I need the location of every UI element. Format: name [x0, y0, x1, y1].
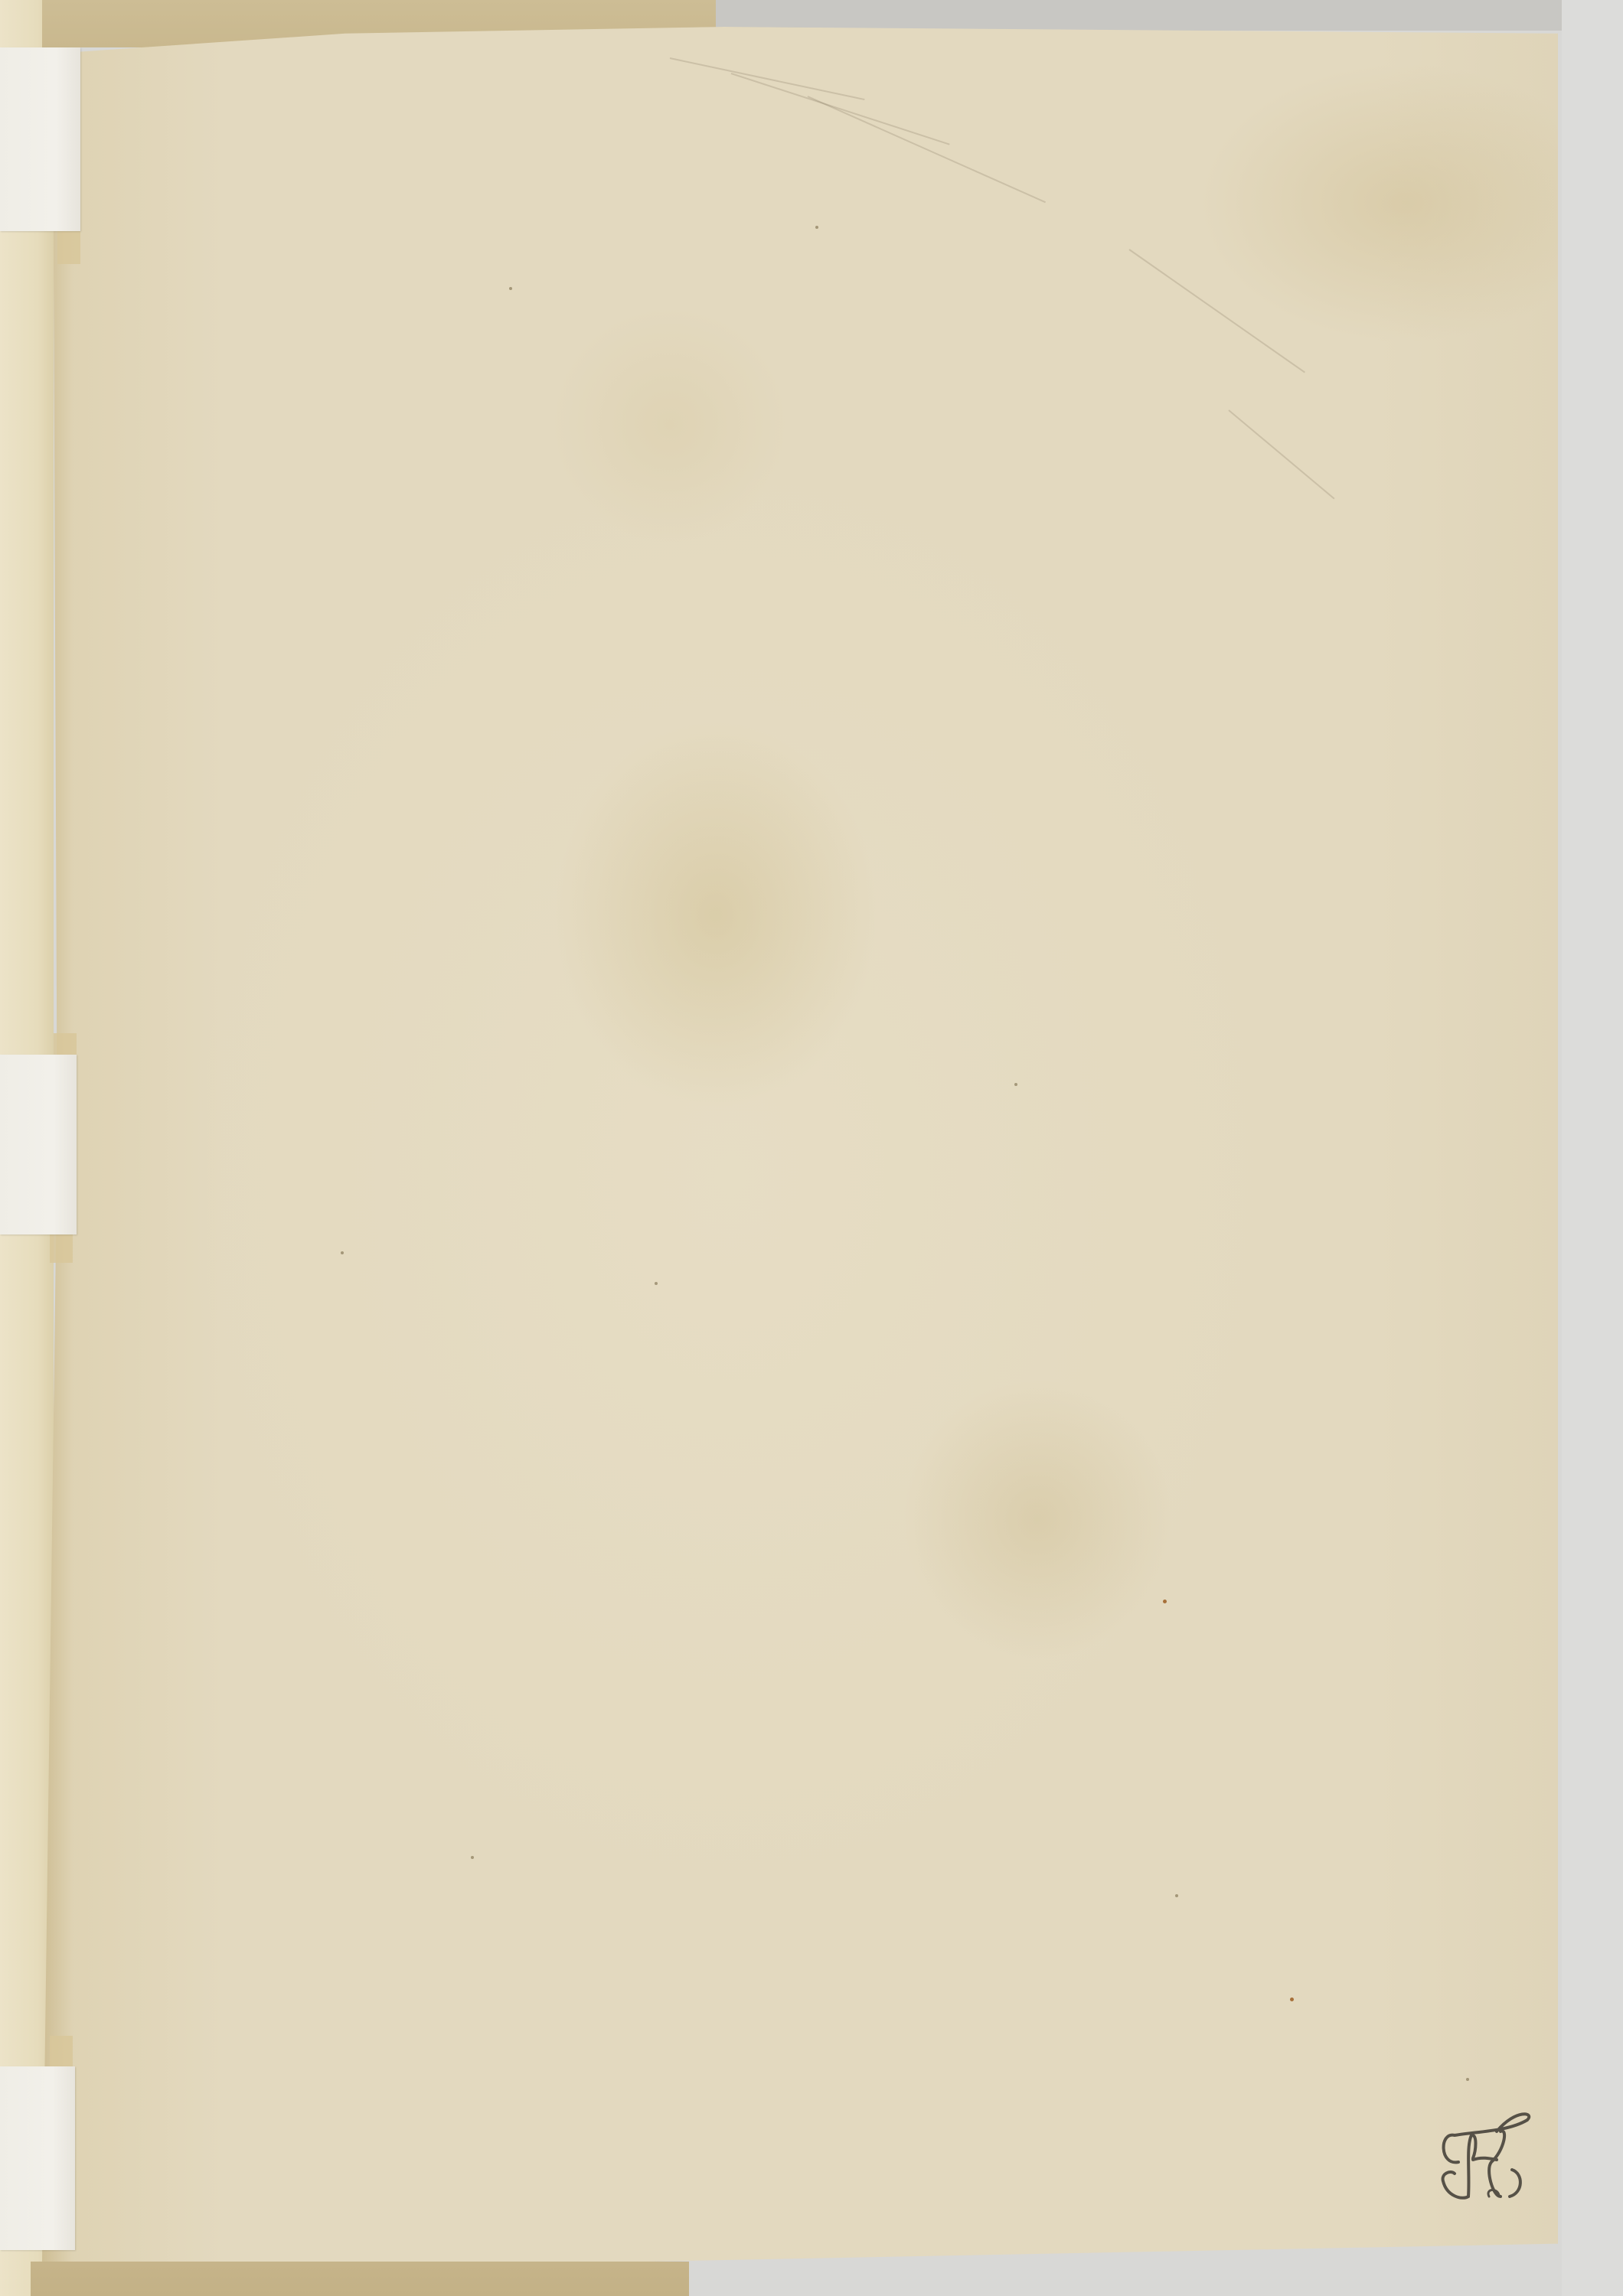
tape-residue-middle-lower	[50, 1232, 73, 1263]
backing-sheet-bottom	[31, 2262, 689, 2296]
hinge-tape-middle	[0, 1055, 77, 1234]
rust-spot	[1290, 1998, 1294, 2001]
monogram-icon	[1424, 2089, 1539, 2204]
paper-speck	[655, 1282, 658, 1285]
gray-background-top	[712, 0, 1562, 31]
paper-stains	[42, 27, 1558, 2262]
hinge-tape-top	[0, 47, 80, 231]
paper-sheet	[42, 27, 1558, 2262]
paper-speck	[815, 226, 818, 229]
paper-speck	[341, 1251, 344, 1254]
paper-speck	[1466, 2078, 1469, 2081]
rust-spot	[1163, 1600, 1167, 1603]
paper-speck	[1014, 1083, 1017, 1086]
collector-monogram-stamp	[1424, 2089, 1539, 2204]
paper-speck	[471, 1856, 474, 1859]
tape-residue-bottom	[50, 2036, 73, 2070]
hinge-tape-bottom	[0, 2066, 75, 2250]
paper-speck	[1175, 1894, 1178, 1897]
gray-background-right	[1562, 0, 1623, 2296]
paper-speck	[509, 287, 512, 290]
